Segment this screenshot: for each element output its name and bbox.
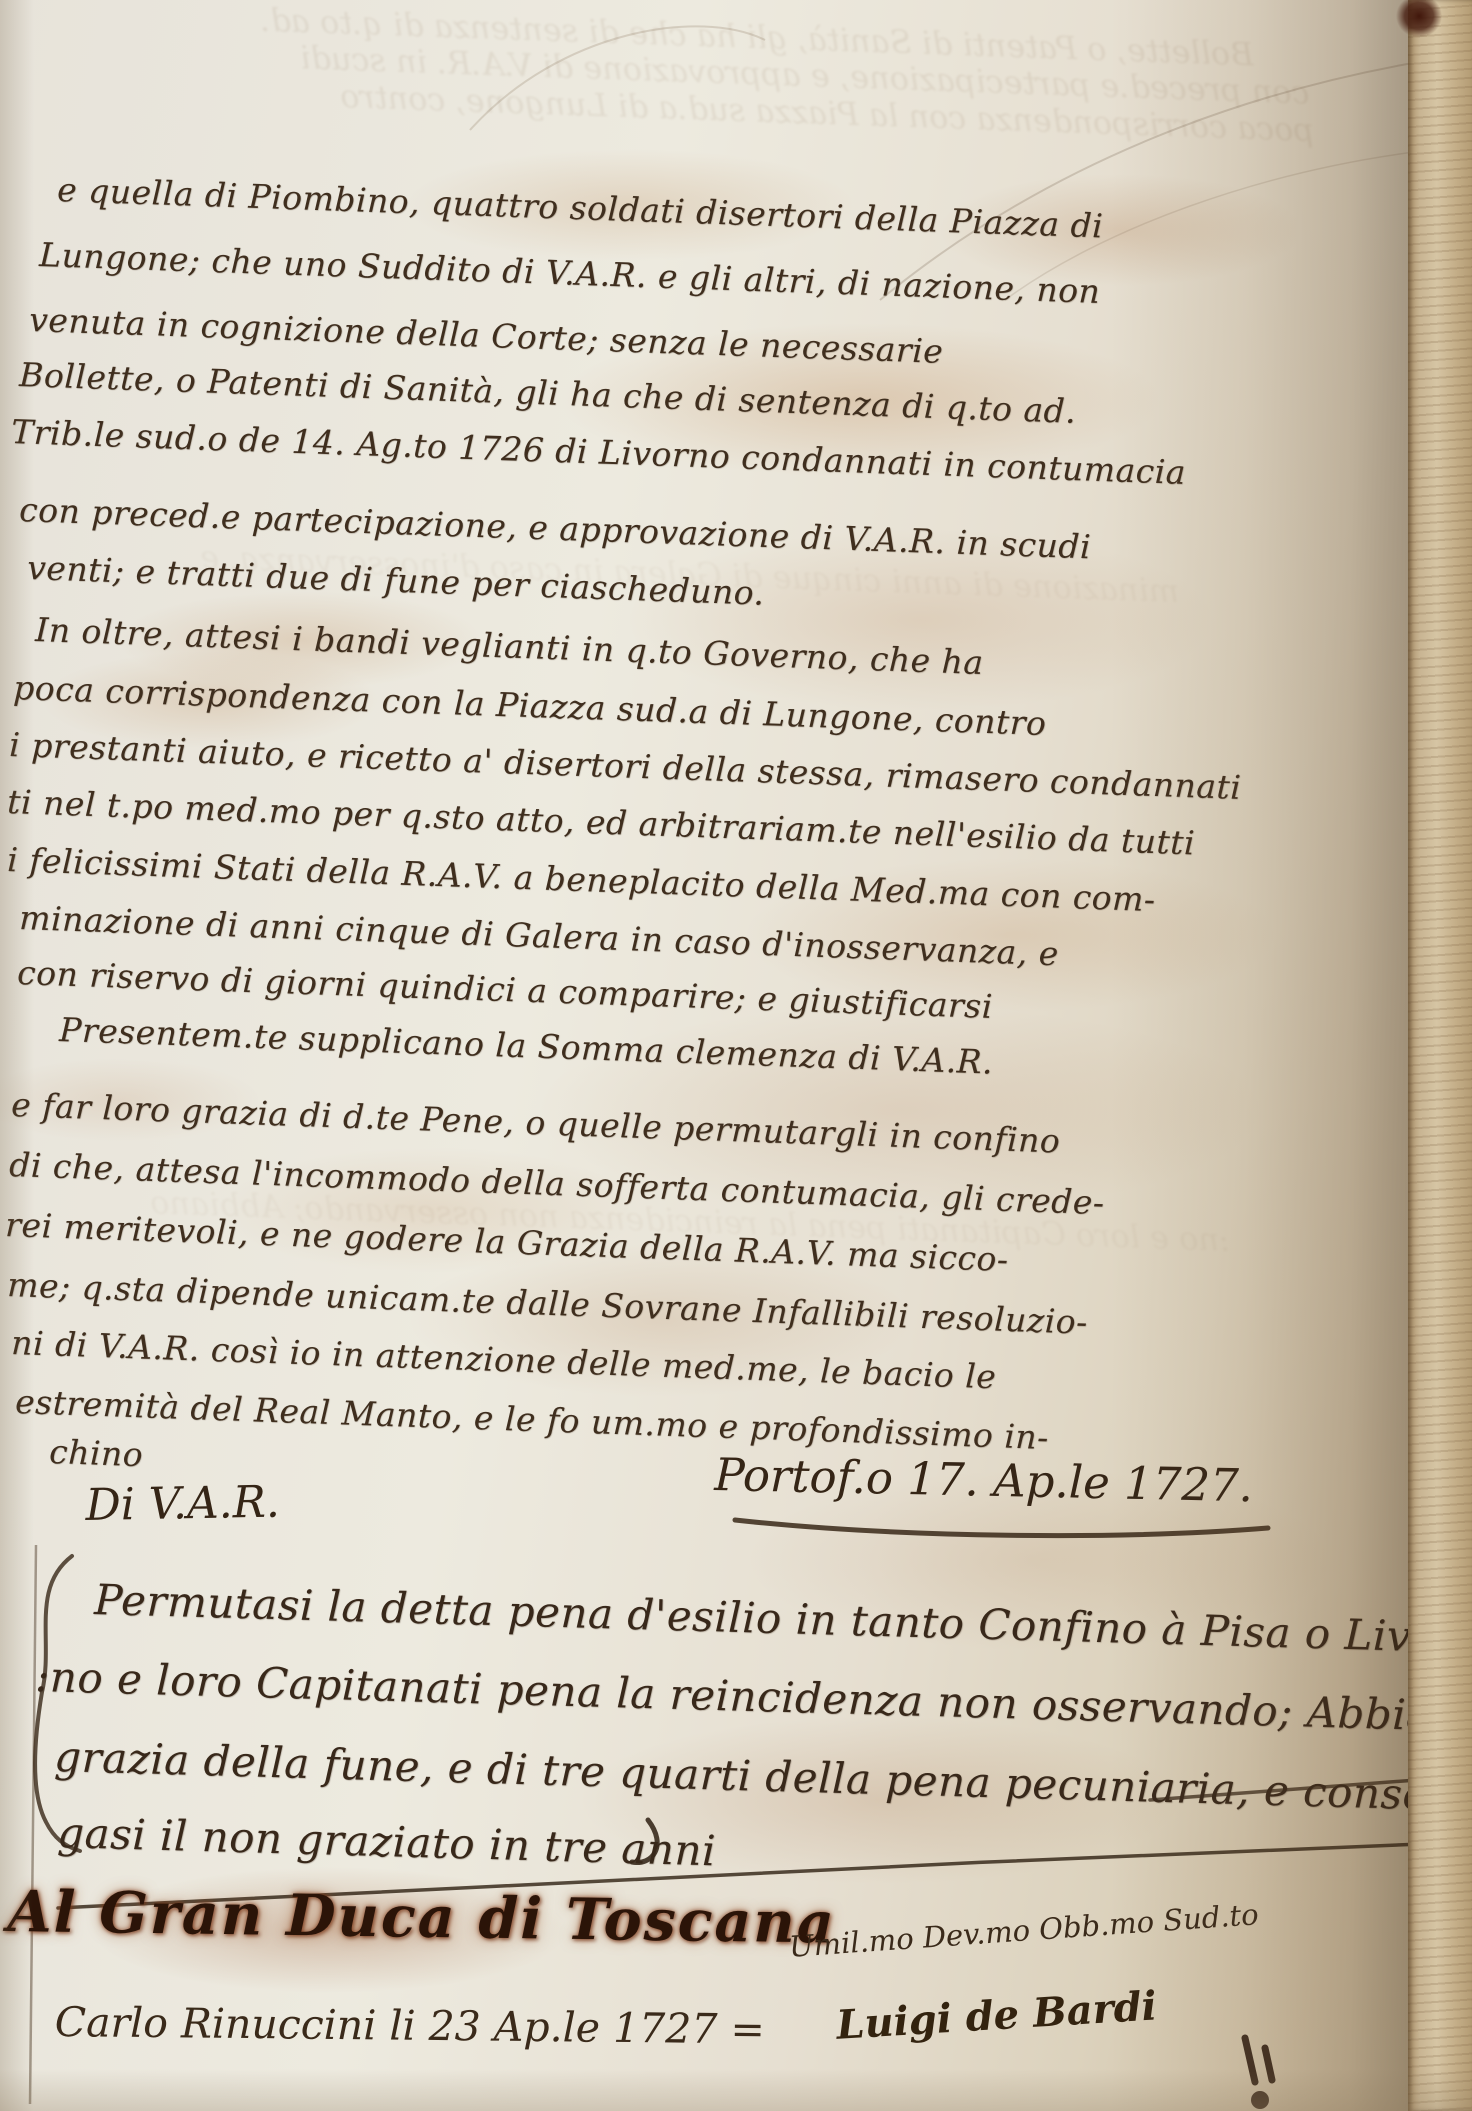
manuscript-line: e far loro grazia di d.te Pene, o quelle…	[11, 1085, 1061, 1161]
manuscript-photo: Bollette, o Patenti di Sanità, gli ha ch…	[0, 0, 1472, 2111]
rescript-line: :no e loro Capitanati pena la reincidenz…	[35, 1652, 1472, 1741]
rescript-line: grazia della fune, e di tre quarti della…	[54, 1732, 1444, 1820]
signature-closing: Umil.mo Dev.mo Obb.mo Sud.to	[788, 1897, 1260, 1964]
manuscript-line: Lungone; che uno Suddito di V.A.R. e gli…	[39, 235, 1101, 311]
manuscript-line: chino	[49, 1432, 144, 1474]
address-line: Al Gran Duca di Toscana	[7, 1878, 836, 1957]
signature-name: Luigi de Bardi	[835, 1982, 1158, 2048]
rescript-line: gasi il non graziato in tre anni	[57, 1808, 717, 1875]
manuscript-line: estremità del Real Manto, e le fo um.mo …	[15, 1382, 1050, 1457]
rescript-line: Permutasi la detta pena d'esilio in tant…	[94, 1575, 1472, 1662]
salutation-line: Di V.A.R.	[85, 1477, 280, 1531]
bottom-shadow	[0, 2069, 1472, 2111]
manuscript-line: ni di V.A.R. così io in attenzione delle…	[11, 1323, 997, 1396]
registration-line: Carlo Rinuccini li 23 Ap.le 1727 =	[54, 1998, 765, 2053]
place-date-line: Portof.o 17. Ap.le 1727.	[714, 1448, 1254, 1512]
manuscript-line: In oltre, attesi i bandi veglianti in q.…	[35, 610, 985, 682]
book-fore-edge	[1408, 0, 1472, 2111]
manuscript-line: e quella di Piombino, quattro soldati di…	[57, 170, 1104, 246]
